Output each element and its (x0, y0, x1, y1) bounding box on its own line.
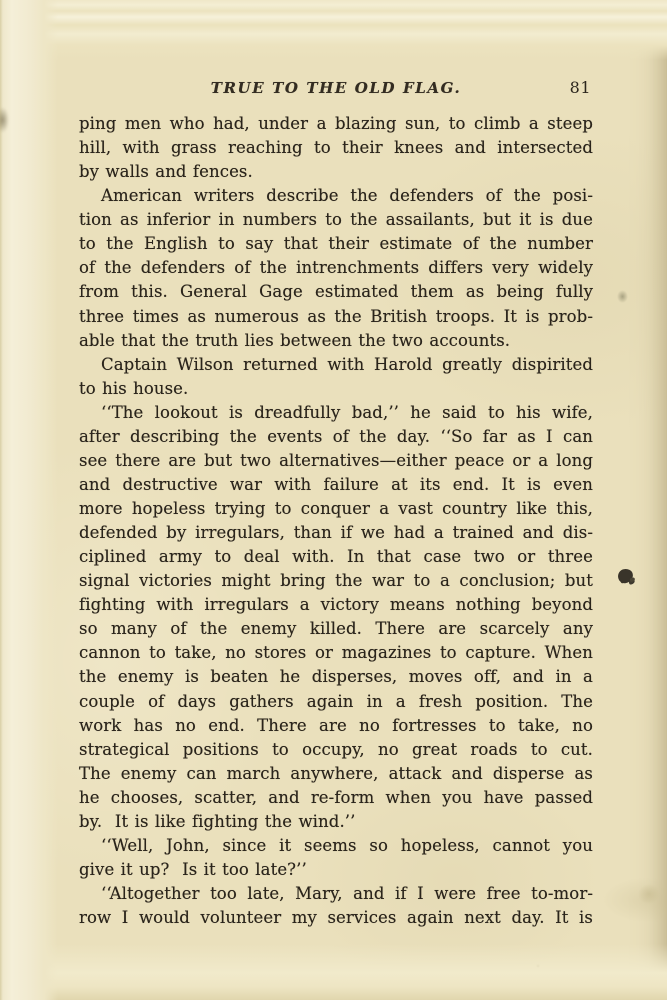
text-line: give it up? Is it too late?’’ (79, 858, 593, 882)
text-line: the enemy is beaten he disperses, moves … (79, 665, 593, 689)
text-line: cannon to take, no stores or magazines t… (79, 641, 593, 665)
text-line: ‘‘Altogether too late, Mary, and if I we… (79, 882, 593, 906)
text-line: ‘‘The lookout is dreadfully bad,’’ he sa… (79, 401, 593, 425)
text-line: couple of days gathers again in a fresh … (79, 690, 593, 714)
margin-smudge-artifact (617, 290, 628, 303)
text-line: more hopeless trying to conquer a vast c… (79, 497, 593, 521)
page-bottom-edge-texture (0, 944, 667, 1000)
text-line: fighting with irregulars a victory means… (79, 593, 593, 617)
text-line: work has no end. There are no fortresses… (79, 714, 593, 738)
text-line: hill, with grass reaching to their knees… (79, 136, 593, 160)
text-line: see there are but two alternatives—eithe… (79, 449, 593, 473)
text-line: ciplined army to deal with. In that case… (79, 545, 593, 569)
text-line: signal victories might bring the war to … (79, 569, 593, 593)
text-line: American writers describe the defenders … (79, 184, 593, 208)
page-left-edge-strip (0, 0, 58, 1000)
page-header: TRUE TO THE OLD FLAG. 81 (79, 76, 593, 100)
text-line: strategical positions to occupy, no grea… (79, 738, 593, 762)
text-line: and destructive war with failure at its … (79, 473, 593, 497)
text-line: to the English to say that their estimat… (79, 232, 593, 256)
running-title: TRUE TO THE OLD FLAG. (79, 76, 593, 100)
text-line: he chooses, scatter, and re-form when yo… (79, 786, 593, 810)
text-line: to his house. (79, 377, 593, 401)
text-line: row I would volunteer my services again … (79, 906, 593, 930)
scanned-book-page: TRUE TO THE OLD FLAG. 81 ping men who ha… (0, 0, 667, 1000)
text-line: of the defenders of the intrenchments di… (79, 256, 593, 280)
text-line: tion as inferior in numbers to the assai… (79, 208, 593, 232)
text-line: by walls and fences. (79, 160, 593, 184)
text-line: ‘‘Well, John, since it seems so hopeless… (79, 834, 593, 858)
text-line: from this. General Gage estimated them a… (79, 280, 593, 304)
page-top-edge-texture (40, 0, 667, 60)
text-line: Captain Wilson returned with Harold grea… (79, 353, 593, 377)
text-line: after describing the events of the day. … (79, 425, 593, 449)
text-line: so many of the enemy killed. There are s… (79, 617, 593, 641)
text-line: defended by irregulars, than if we had a… (79, 521, 593, 545)
text-line: three times as numerous as the British t… (79, 305, 593, 329)
ink-blot-artifact (617, 568, 635, 585)
text-line: The enemy can march anywhere, attack and… (79, 762, 593, 786)
page-number: 81 (570, 76, 591, 100)
page-text: ping men who had, under a blazing sun, t… (79, 112, 593, 930)
text-line: ping men who had, under a blazing sun, t… (79, 112, 593, 136)
left-edge-smudge-artifact (0, 107, 9, 133)
scan-flaw-artifact (638, 884, 660, 904)
text-line: by. It is like fighting the wind.’’ (79, 810, 593, 834)
text-line: able that the truth lies between the two… (79, 329, 593, 353)
